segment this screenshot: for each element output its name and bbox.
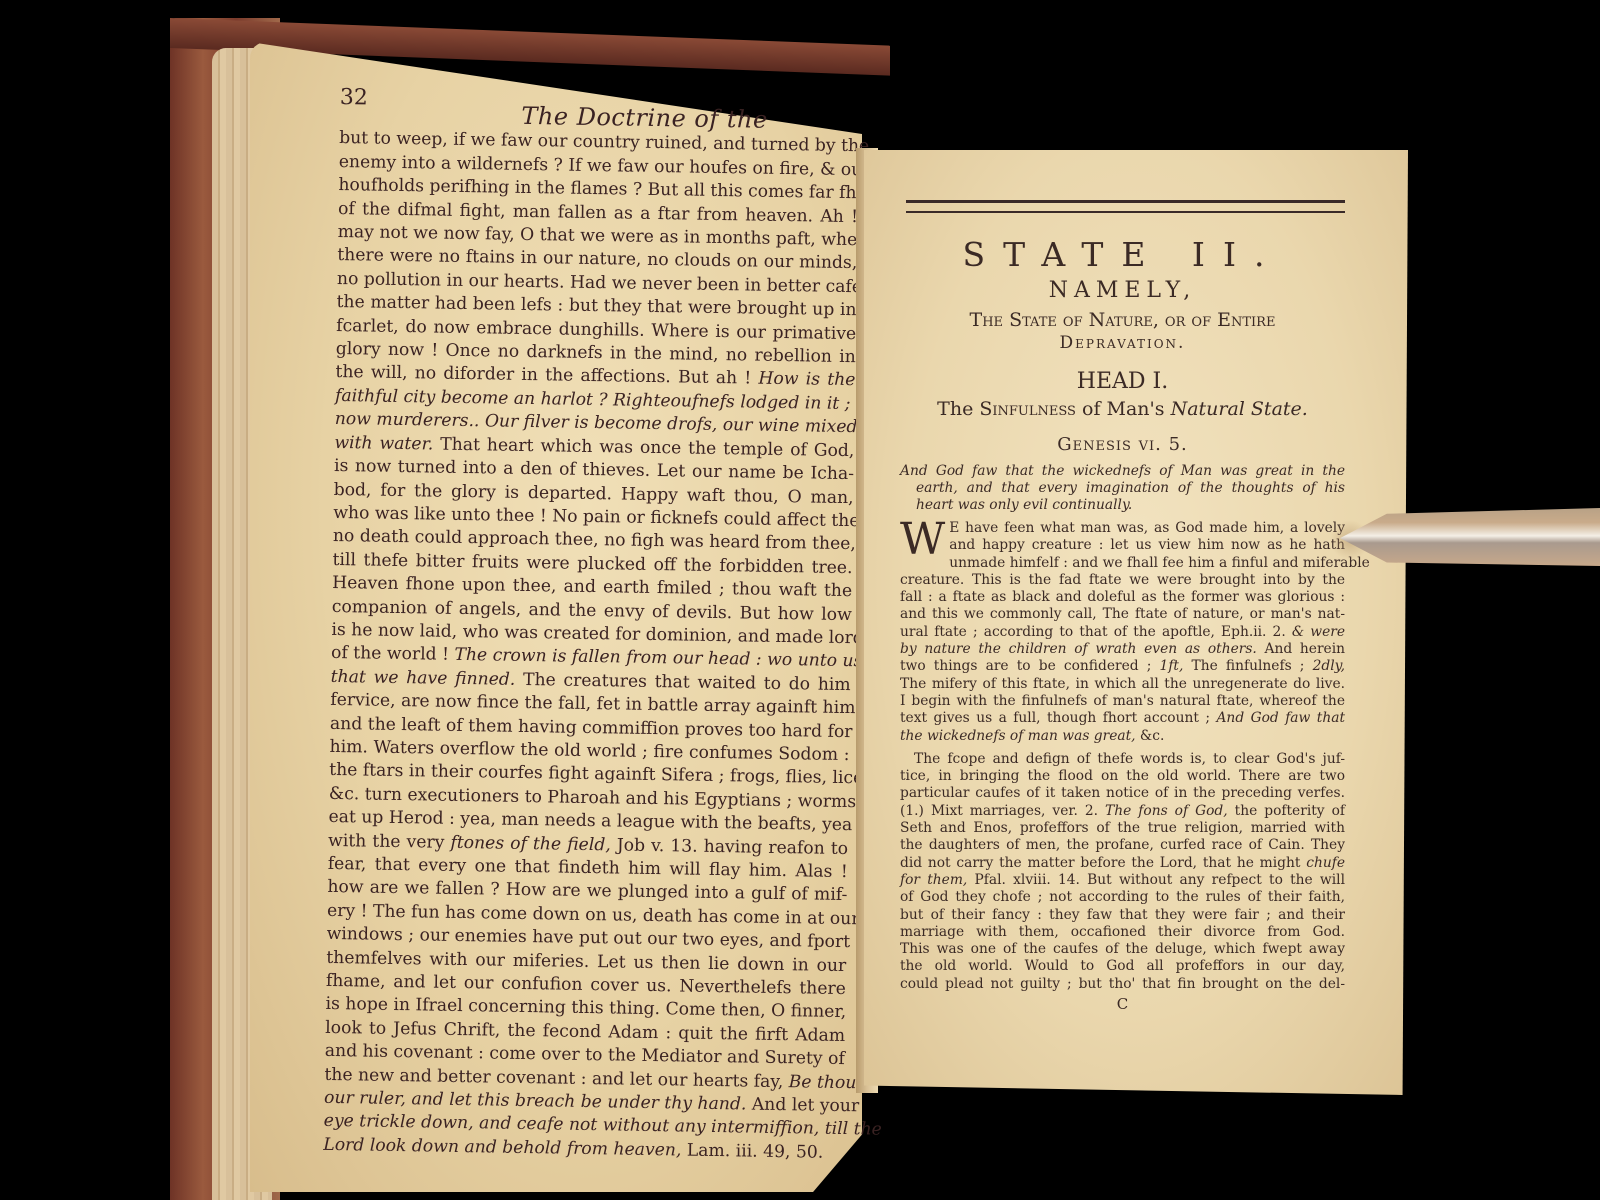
text-line: two things are to be confidered ; 1ft, T… (900, 658, 1345, 675)
text-line: and this we commonly call, The ftate of … (900, 606, 1345, 623)
text-line: of God they chofe ; not according to the… (900, 889, 1345, 906)
text-line: tice, in bringing the flood on the old w… (900, 768, 1345, 785)
paragraph-2: The fcope and defign of thefe words is, … (900, 751, 1345, 993)
text-line: ural ftate ; according to that of the ap… (900, 624, 1345, 641)
subtitle-line-2: Depravation. (900, 333, 1345, 353)
text-line: and happy creature : let us view him now… (900, 537, 1345, 554)
paragraph-2-lines: The fcope and defign of thefe words is, … (900, 751, 1345, 993)
text-line: text gives us a full, though fhort accou… (900, 710, 1345, 727)
text-line: The fcope and defign of thefe words is, … (900, 751, 1345, 768)
scripture-verse: And God faw that the wickednefs of Man w… (900, 463, 1345, 514)
verse-line: heart was only evil continually. (900, 497, 1345, 514)
text-line: the daughters of men, the profane, curfe… (900, 837, 1345, 854)
right-page-text: STATE II. NAMELY, The State of Nature, o… (900, 200, 1345, 1013)
paragraph-1-lines: E have feen what man was, as God made hi… (900, 520, 1345, 745)
text-line: could plead not guilty ; but tho' that f… (900, 976, 1345, 993)
head-sub-text: The (937, 398, 979, 420)
head-sub-sinfulness: Sinfulness (979, 398, 1076, 420)
text-line: for them, Pfal. xlviii. 14. But without … (900, 872, 1345, 889)
verse-line: And God faw that the wickednefs of Man w… (900, 463, 1345, 480)
head-sub-natural-state: Natural State. (1171, 398, 1308, 420)
text-line: particular caufes of it taken notice of … (900, 785, 1345, 802)
text-line: the wickednefs of man was great, &c. (900, 728, 1345, 745)
text-line: I begin with the finfulnefs of man's nat… (900, 693, 1345, 710)
paragraph-1: W E have feen what man was, as God made … (900, 520, 1345, 745)
text-line: creature. This is the fad ftate we were … (900, 572, 1345, 589)
text-line: marriage with them, occafioned their div… (900, 924, 1345, 941)
text-line: by nature the children of wrath even as … (900, 641, 1345, 658)
verse-line: earth, and that every imagination of the… (900, 480, 1345, 497)
text-line: Seth and Enos, profeffors of the true re… (900, 820, 1345, 837)
left-body: but to weep, if we faw our country ruine… (323, 127, 859, 1165)
head-sub-text: of Man's (1076, 398, 1171, 420)
text-line: unmade himfelf : and we fhall fee him a … (900, 555, 1345, 572)
ornamental-rule (906, 200, 1345, 213)
namely-heading: NAMELY, (900, 278, 1345, 303)
text-line: The mifery of this ftate, in which all t… (900, 676, 1345, 693)
text-line: (1.) Mixt marriages, ver. 2. The fons of… (900, 803, 1345, 820)
subtitle-line-1: The State of Nature, or of Entire (900, 309, 1345, 331)
text-line: the old world. Would to God all profeffo… (900, 958, 1345, 975)
text-line: did not carry the matter before the Lord… (900, 855, 1345, 872)
drop-cap: W (900, 522, 945, 558)
head-subtitle: The Sinfulness of Man's Natural State. (900, 398, 1345, 420)
head-title: HEAD I. (900, 369, 1345, 394)
page-number: 32 (340, 86, 368, 110)
text-line: fall : a ftate as black and doleful as t… (900, 589, 1345, 606)
state-title: STATE II. (900, 235, 1345, 274)
text-line: E have feen what man was, as God made hi… (900, 520, 1345, 537)
text-line: This was one of the caufes of the deluge… (900, 941, 1345, 958)
signature-mark: C (900, 995, 1345, 1013)
left-page-text: 32 The Doctrine of the but to weep, if w… (323, 86, 860, 1165)
scripture-reference: Genesis vi. 5. (900, 434, 1345, 455)
text-line: but of their fancy : they faw that they … (900, 907, 1345, 924)
